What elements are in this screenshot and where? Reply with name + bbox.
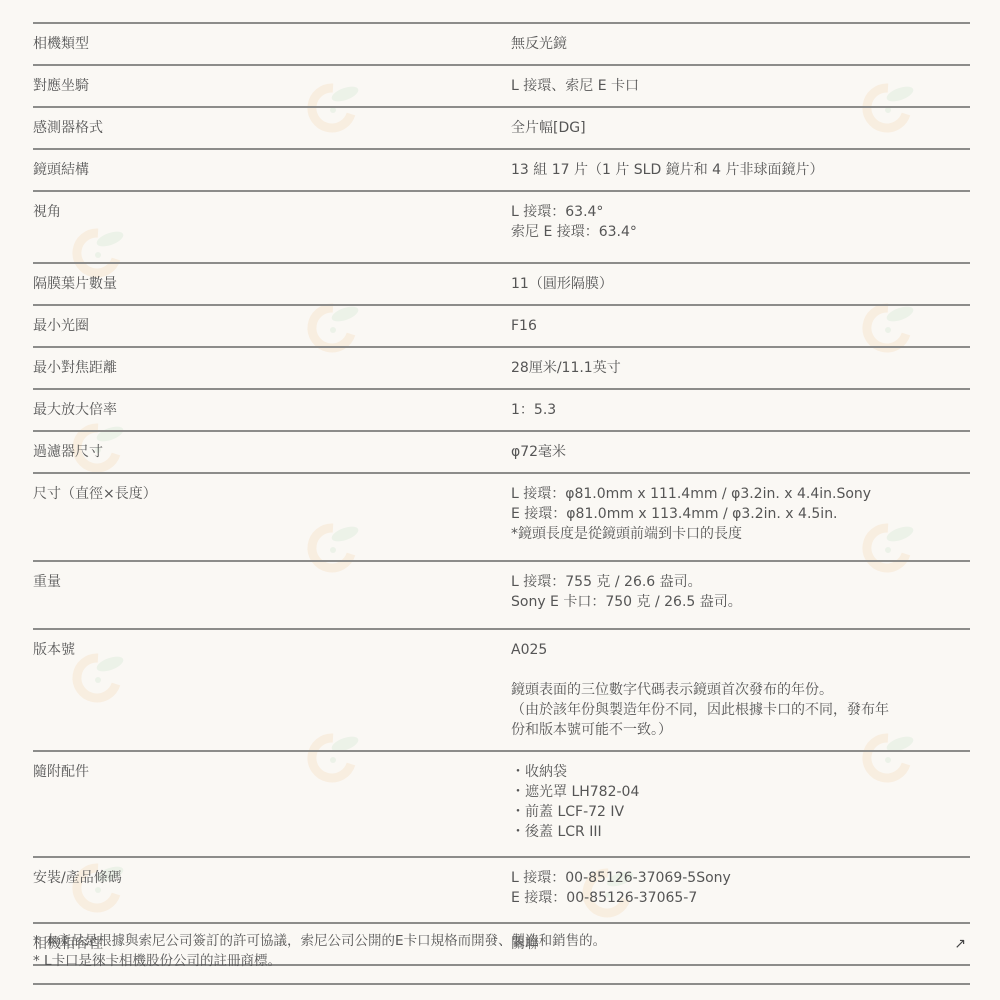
spec-value-line: 13 組 17 片（1 片 SLD 鏡片和 4 片非球面鏡片） [511, 160, 970, 180]
spec-value-line: *鏡頭長度是從鏡頭前端到卡口的長度 [511, 524, 970, 544]
spec-label: 重量 [33, 572, 511, 616]
spec-value: 13 組 17 片（1 片 SLD 鏡片和 4 片非球面鏡片） [511, 160, 970, 180]
spec-value-line: F16 [511, 316, 970, 336]
spec-value-line: 鏡頭表面的三位數字代碼表示鏡頭首次發布的年份。 [511, 680, 970, 700]
spec-row-7: 最小對焦距離 28厘米/11.1英寸 [33, 348, 970, 390]
spec-value-line: 全片幅[DG] [511, 118, 970, 138]
spec-row-8: 最大放大倍率 1：5.3 [33, 390, 970, 432]
bottom-divider [33, 983, 970, 985]
spec-value: L 接環：63.4°索尼 E 接環：63.4° [511, 202, 970, 252]
spec-value-line: ・前蓋 LCF-72 IV [511, 802, 970, 822]
spec-label: 視角 [33, 202, 511, 252]
spec-value: L 接環：φ81.0mm x 111.4mm / φ3.2in. x 4.4in… [511, 484, 970, 548]
spec-label: 隔膜葉片數量 [33, 274, 511, 294]
spec-value: φ72毫米 [511, 442, 970, 462]
spec-value-line: ・後蓋 LCR III [511, 822, 970, 842]
spec-value-line: 28厘米/11.1英寸 [511, 358, 970, 378]
spec-value-line: φ72毫米 [511, 442, 970, 462]
spec-value: 11（圓形隔膜） [511, 274, 970, 294]
spec-row-0: 相機類型 無反光鏡 [33, 24, 970, 66]
spec-value: 全片幅[DG] [511, 118, 970, 138]
spec-label: 版本號 [33, 640, 511, 740]
spec-label: 尺寸（直徑×長度） [33, 484, 511, 548]
spec-row-3: 鏡頭結構 13 組 17 片（1 片 SLD 鏡片和 4 片非球面鏡片） [33, 150, 970, 192]
spec-row-9: 過濾器尺寸 φ72毫米 [33, 432, 970, 474]
spec-row-2: 感測器格式 全片幅[DG] [33, 108, 970, 150]
spec-value-line: 份和版本號可能不一致。） [511, 720, 970, 740]
spec-value: 1：5.3 [511, 400, 970, 420]
spec-row-14: 安裝/產品條碼 L 接環：00-85126-37069-5SonyE 接環：00… [33, 858, 970, 924]
spec-row-10: 尺寸（直徑×長度） L 接環：φ81.0mm x 111.4mm / φ3.2i… [33, 474, 970, 562]
spec-label: 鏡頭結構 [33, 160, 511, 180]
spec-value-line: （由於該年份與製造年份不同，因此根據卡口的不同，發布年 [511, 700, 970, 720]
spec-table: 相機類型 無反光鏡 對應坐騎 L 接環、索尼 E 卡口 感測器格式 全片幅[DG… [33, 22, 970, 966]
spec-value: 28厘米/11.1英寸 [511, 358, 970, 378]
spec-row-5: 隔膜葉片數量 11（圓形隔膜） [33, 264, 970, 306]
spec-value-line: L 接環：63.4° [511, 202, 970, 222]
spec-value: L 接環：00-85126-37069-5SonyE 接環：00-85126-3… [511, 868, 970, 912]
spec-value: F16 [511, 316, 970, 336]
spec-label: 過濾器尺寸 [33, 442, 511, 462]
spec-label: 最大放大倍率 [33, 400, 511, 420]
spec-value: ・收納袋・遮光罩 LH782-04・前蓋 LCF-72 IV・後蓋 LCR II… [511, 762, 970, 846]
spacer [511, 660, 970, 680]
spec-label: 對應坐騎 [33, 76, 511, 96]
spec-row-4: 視角 L 接環：63.4°索尼 E 接環：63.4° [33, 192, 970, 264]
spec-value-line: 11（圓形隔膜） [511, 274, 970, 294]
spec-value: A025鏡頭表面的三位數字代碼表示鏡頭首次發布的年份。（由於該年份與製造年份不同… [511, 640, 970, 740]
spec-row-11: 重量 L 接環：755 克 / 26.6 盎司。Sony E 卡口：750 克 … [33, 562, 970, 630]
spec-value-line: ・收納袋 [511, 762, 970, 782]
spec-label: 感測器格式 [33, 118, 511, 138]
spec-label: 隨附配件 [33, 762, 511, 846]
spec-value: 無反光鏡 [511, 34, 970, 54]
spec-row-13: 隨附配件 ・收納袋・遮光罩 LH782-04・前蓋 LCF-72 IV・後蓋 L… [33, 752, 970, 858]
spec-row-6: 最小光圈 F16 [33, 306, 970, 348]
spec-value-line: ・遮光罩 LH782-04 [511, 782, 970, 802]
spec-label: 安裝/產品條碼 [33, 868, 511, 912]
spec-value-line: L 接環：755 克 / 26.6 盎司。 [511, 572, 970, 592]
spec-value-line: E 接環：00-85126-37065-7 [511, 888, 970, 908]
spec-value: L 接環、索尼 E 卡口 [511, 76, 970, 96]
spec-label: 最小對焦距離 [33, 358, 511, 378]
spec-value-line: A025 [511, 640, 970, 660]
spec-value-line: 無反光鏡 [511, 34, 970, 54]
spec-value-line: L 接環、索尼 E 卡口 [511, 76, 970, 96]
footnote-sony-license: * 本產品是根據與索尼公司簽訂的許可協議，索尼公司公開的E卡口規格而開發、製造和… [33, 931, 970, 951]
spec-value-line: Sony E 卡口：750 克 / 26.5 盎司。 [511, 592, 970, 612]
spec-label: 相機類型 [33, 34, 511, 54]
spec-value-line: 1：5.3 [511, 400, 970, 420]
spec-value-line: L 接環：00-85126-37069-5Sony [511, 868, 970, 888]
footnotes: * 本產品是根據與索尼公司簽訂的許可協議，索尼公司公開的E卡口規格而開發、製造和… [33, 931, 970, 971]
spec-value-line: E 接環：φ81.0mm x 113.4mm / φ3.2in. x 4.5in… [511, 504, 970, 524]
spec-value-line: 索尼 E 接環：63.4° [511, 222, 970, 242]
spec-value: L 接環：755 克 / 26.6 盎司。Sony E 卡口：750 克 / 2… [511, 572, 970, 616]
spec-row-12: 版本號 A025鏡頭表面的三位數字代碼表示鏡頭首次發布的年份。（由於該年份與製造… [33, 630, 970, 752]
footnote-l-mount-trademark: * L卡口是徠卡相機股份公司的註冊商標。 [33, 951, 970, 971]
spec-value-line: L 接環：φ81.0mm x 111.4mm / φ3.2in. x 4.4in… [511, 484, 970, 504]
spec-row-1: 對應坐騎 L 接環、索尼 E 卡口 [33, 66, 970, 108]
spec-label: 最小光圈 [33, 316, 511, 336]
